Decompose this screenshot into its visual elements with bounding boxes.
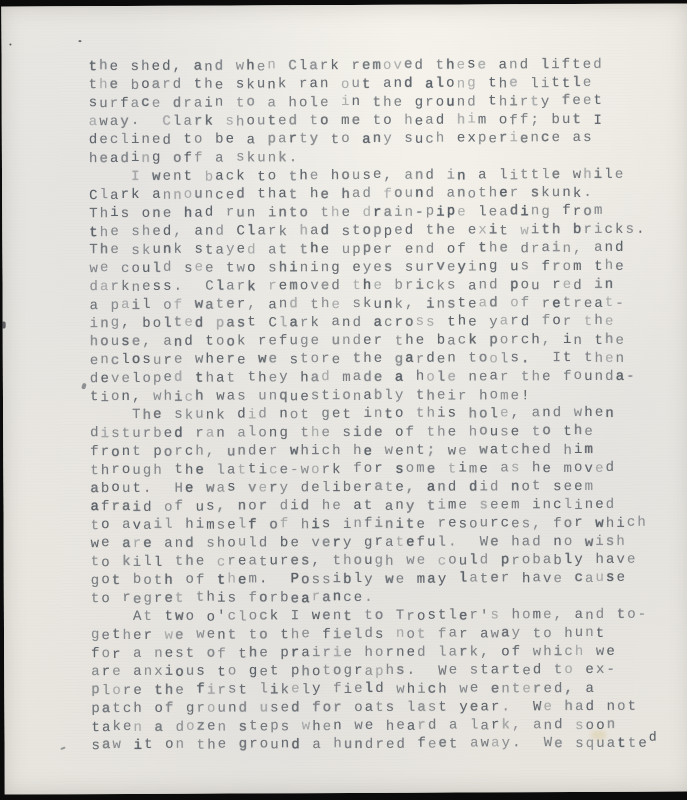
text-line: the board the skunk ran out and along th…: [89, 74, 656, 95]
text-line: plore the first likely field which we en…: [91, 679, 658, 700]
text-line: to regret this forbearance.: [91, 588, 658, 609]
superscript-char: d: [649, 729, 659, 744]
text-line: got both of them. Possibly we may later …: [91, 569, 658, 590]
typewritten-text: the shed, and when Clark removed these a…: [89, 56, 659, 756]
text-line: This one had run into the drain-pipe lea…: [89, 202, 656, 223]
text-line: to avail himself of his infinite resourc…: [91, 514, 658, 535]
text-line: developed that they had made a hole near…: [90, 367, 657, 388]
text-line: front porch, under which he went; we wat…: [90, 441, 657, 462]
text-line: I went back to the house, and in a littl…: [89, 166, 656, 187]
text-line: The skunk did not get into this hole, an…: [90, 404, 657, 425]
text-line: enclosure where we store the garden tool…: [90, 349, 657, 370]
text-line: to kill the creatures, though we could p…: [91, 551, 658, 572]
text-line: ing, bolted past Clark and across the ya…: [90, 312, 657, 333]
text-line: for a nest of the prairie horned lark, o…: [91, 643, 658, 664]
text-line: house, and took refuge under the back po…: [90, 331, 657, 352]
text-line: The skunk stayed at the upper end of the…: [89, 239, 656, 260]
text-line: tion, which was unquestionably their hom…: [90, 386, 657, 407]
scanned-page: the shed, and when Clark removed these a…: [0, 0, 687, 800]
text-line: about. He was very deliberate, and did n…: [90, 478, 657, 499]
stray-mark: [60, 746, 65, 750]
text-line: away. Clark shouted to me to head him of…: [89, 111, 656, 132]
text-line: we could see two shining eyes surveying …: [89, 257, 656, 278]
text-line: declined to be a party to any such exper…: [89, 129, 656, 150]
text-line: are anxious to get photographs. We start…: [91, 661, 658, 682]
text-line: the shed, and when Clark removed these a…: [89, 56, 656, 77]
text-line: surface drain to a hole in the ground th…: [89, 92, 656, 113]
text-line: darkness. Clark removed the bricks and p…: [89, 276, 656, 297]
text-line: patch of ground used for oats last year.…: [91, 698, 658, 719]
text-line: disturbed ran along the side of the hous…: [90, 423, 657, 444]
stray-mark: [81, 383, 87, 390]
edge-smudge: [3, 321, 6, 328]
text-line: through the lattice-work for some time a…: [90, 459, 657, 480]
ink-dot: [78, 40, 81, 42]
text-line: we are and should be very grateful. We h…: [91, 533, 658, 554]
text-line: taken a dozen steps when we heard a lark…: [91, 716, 658, 737]
paper-sheet: the shed, and when Clark removed these a…: [1, 4, 687, 795]
text-line: gether we went to the fields not far awa…: [91, 624, 658, 645]
ink-dot: [9, 43, 11, 45]
text-line: heading off a skunk.: [89, 147, 656, 168]
text-line: Clark announced that he had found anothe…: [89, 184, 656, 205]
text-line: a pail of water, and the skunk, instead …: [90, 294, 657, 315]
text-line: At two o'clock I went to Trostler's home…: [91, 606, 658, 627]
text-line: afraid of us, nor did he at any time see…: [90, 496, 657, 517]
text-line: the shed, and Clark had stopped the exit…: [89, 221, 656, 242]
text-line: saw it on the ground a hundred feet away…: [91, 734, 658, 755]
